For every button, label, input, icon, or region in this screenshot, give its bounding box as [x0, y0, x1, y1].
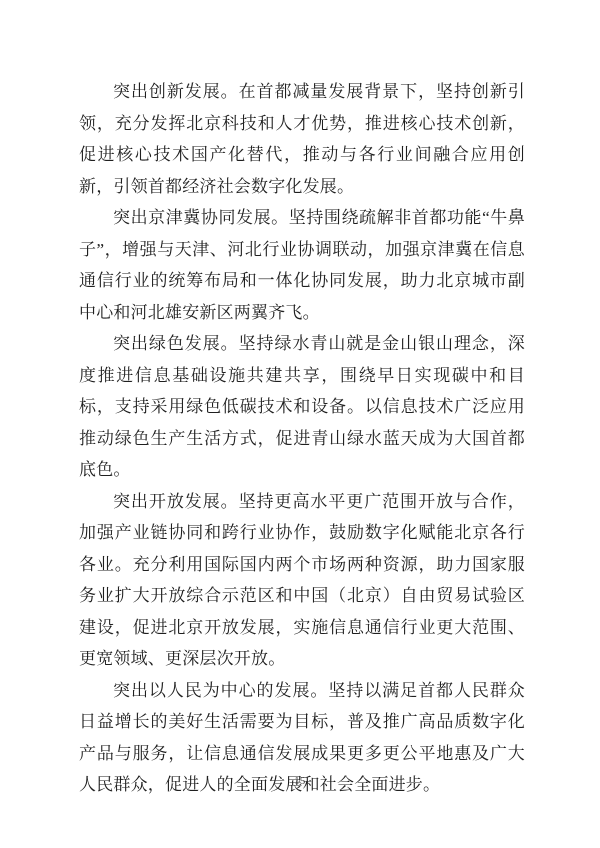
- paragraph-beijing-tianjin-hebei-coordination: 突出京津冀协同发展。坚持围绕疏解非首都功能“牛鼻子”，增强与天津、河北行业协调联…: [79, 202, 525, 328]
- paragraph-open-development: 突出开放发展。坚持更高水平更广范围开放与合作，加强产业链协同和跨行业协作，鼓励数…: [79, 486, 525, 675]
- page-number: 15: [0, 775, 600, 789]
- paragraph-innovation-development: 突出创新发展。在首都减量发展背景下，坚持创新引领，充分发挥北京科技和人才优势，推…: [79, 76, 525, 202]
- document-page: 突出创新发展。在首都减量发展背景下，坚持创新引领，充分发挥北京科技和人才优势，推…: [0, 0, 600, 848]
- page-body-text: 突出创新发展。在首都减量发展背景下，坚持创新引领，充分发挥北京科技和人才优势，推…: [79, 76, 525, 801]
- paragraph-green-development: 突出绿色发展。坚持绿水青山就是金山银山理念，深度推进信息基础设施共建共享，围绕早…: [79, 328, 525, 486]
